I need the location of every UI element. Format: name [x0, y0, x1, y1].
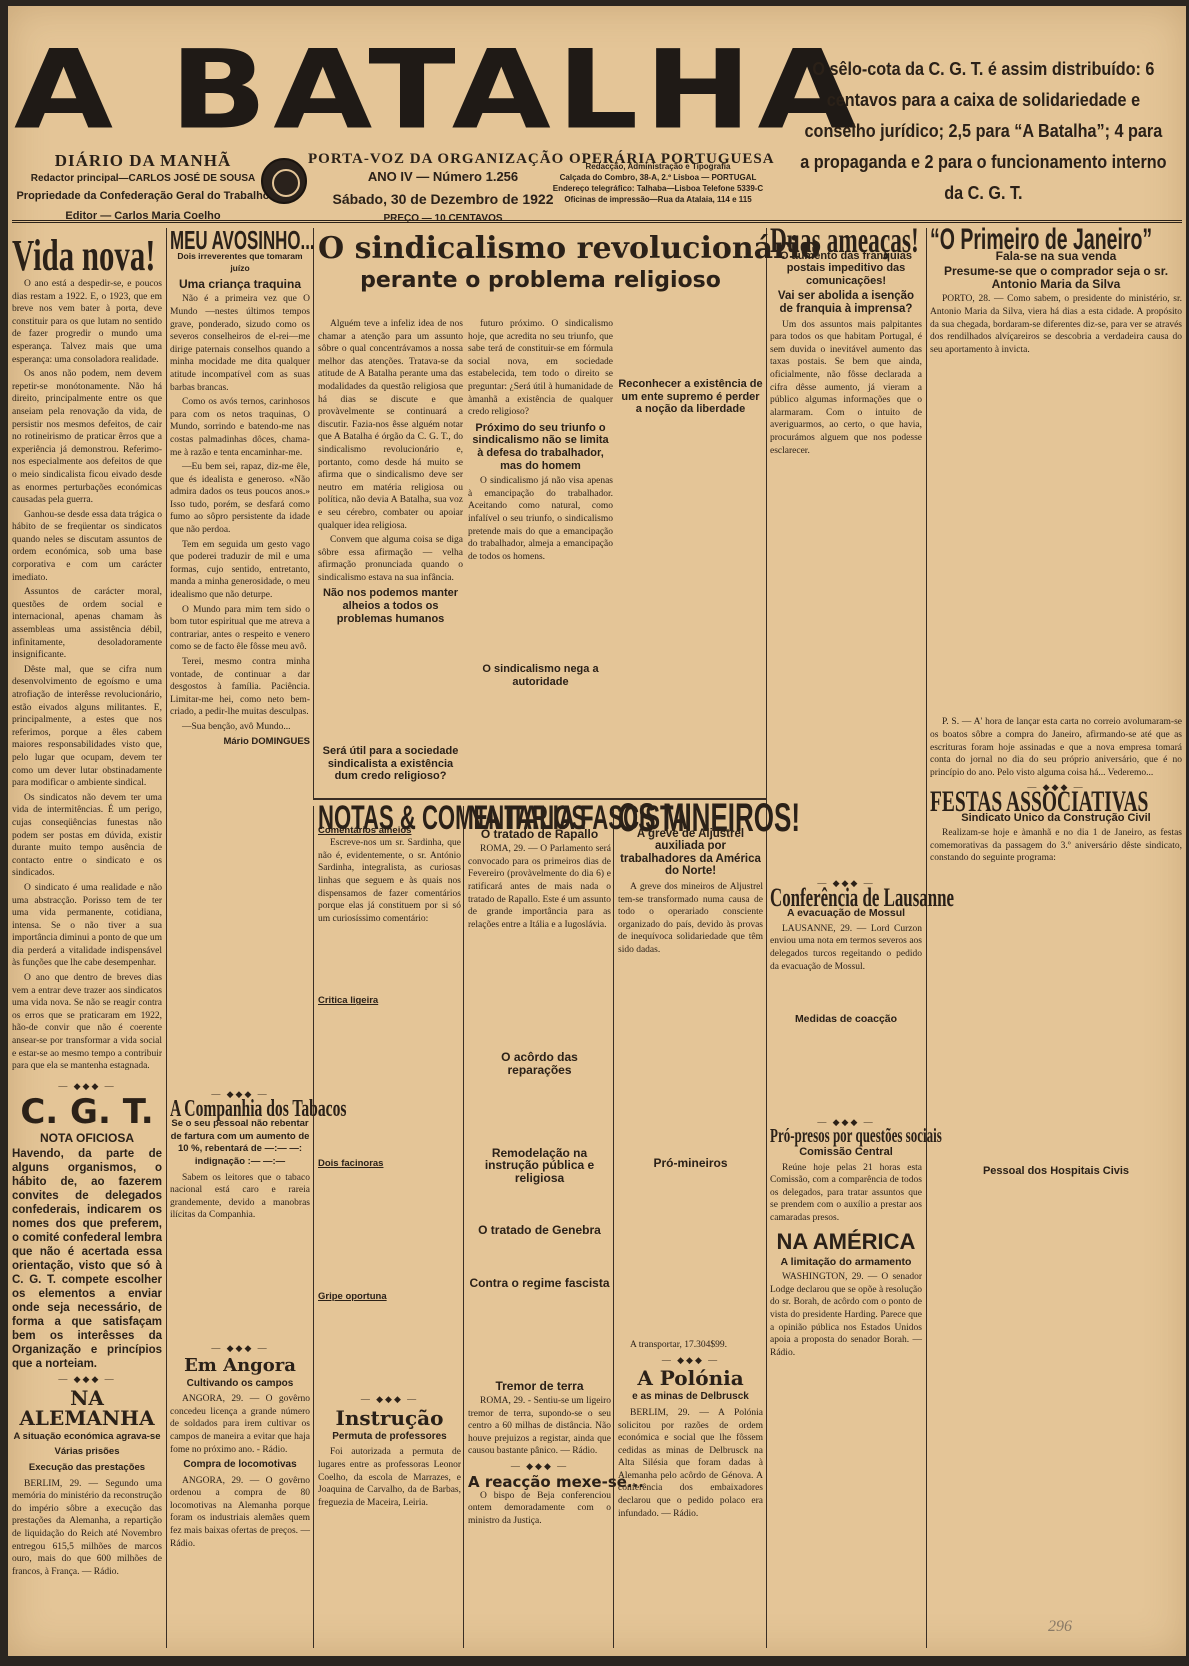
paragraph: O sindicalismo já não visa apenas à eman… [468, 475, 613, 563]
article-os-mineiros: OS MINEIROS! A greve de Aljustrel auxili… [618, 812, 763, 1522]
paragraph: —Sua benção, avô Mundo... [170, 721, 310, 734]
subheadline: Execução das prestações [12, 1462, 162, 1475]
subheadline: Cultivando os campos [170, 1378, 310, 1391]
paragraph: ROMA, 29. - Sentiu-se um ligeiro tremor … [468, 1395, 611, 1458]
ornament-divider: — ◆◆◆ — [618, 1354, 763, 1367]
paragraph: Um dos assuntos mais palpitantes para to… [770, 319, 922, 458]
headline: NA ALEMANHA [12, 1388, 162, 1428]
headline: MEU AVOSINHO... [170, 234, 313, 247]
paragraph: futuro próximo. O sindicalismo hoje, que… [468, 318, 613, 419]
newspaper-logo: A BATALHA [14, 40, 863, 142]
paragraph: Ganhou-se desde essa data trágica o hábi… [12, 509, 162, 585]
subheadline: Não nos podemos manter alheios a todos o… [318, 587, 463, 625]
subheadline: O sindicalismo nega a autoridade [468, 663, 613, 688]
ornament-divider: — ◆◆◆ — [318, 1393, 461, 1406]
subheadline: Presume-se que o comprador seja o sr. An… [930, 265, 1182, 290]
subheadline: Dois facinoras [318, 1158, 461, 1171]
subheadline: A situação económica agrava-se [12, 1431, 162, 1444]
paragraph: Alguém teve a infeliz idea de nos chamar… [318, 318, 463, 532]
headline: NOTAS & COMENTARIOS [318, 812, 461, 825]
byline: Mário DOMINGUES [170, 736, 310, 749]
subheadline: NOTA OFICIOSA [12, 1132, 162, 1145]
address-line: Calçada do Combro, 38-A, 2.º Lisboa — PO… [528, 172, 788, 183]
subheadline: perante o problema religioso [318, 270, 763, 292]
paragraph: Os anos não podem, nem devem repetir-se … [12, 368, 162, 507]
kicker: Se o seu pessoal não rebentar de fartura… [170, 1118, 310, 1168]
paragraph: Havendo, da parte de alguns organismos, … [12, 1147, 162, 1371]
headline: A reacção mexe-se... [468, 1475, 611, 1490]
column-divider [313, 228, 314, 798]
subheadline: O tratado de Genebra [468, 1224, 611, 1237]
masthead-subtitle: DIÁRIO DA MANHÃ [8, 151, 278, 171]
article-italia-fascista: NA ITALIA FASCISTA O tratado de Rapallo … [468, 812, 611, 1529]
subheadline: Reconhecer a existência de um ente supre… [618, 378, 763, 416]
column-divider [926, 228, 927, 1648]
article-meu-avosinho: MEU AVOSINHO... Dois irreverentes que to… [170, 234, 310, 748]
subheadline: O acôrdo das reparações [468, 1051, 611, 1076]
property-line: Propriedade da Confederação Geral do Tra… [8, 190, 278, 202]
ornament-divider: — ◆◆◆ — [170, 1342, 310, 1355]
paragraph: Convem que alguma coisa se diga sôbre es… [318, 534, 463, 584]
column-divider [166, 228, 167, 1648]
paragraph: Os sindicatos não devem ter uma vida de … [12, 792, 162, 880]
headline: O sindicalismo revolucionário [318, 234, 763, 264]
masthead: A BATALHA DIÁRIO DA MANHÃ Redactor princ… [8, 6, 1186, 228]
paragraph: O ano que dentro de breves dias vem a en… [12, 972, 162, 1073]
paragraph: ANGORA, 29. — O govêrno ordenou a compra… [170, 1475, 310, 1551]
paragraph: PORTO, 28. — Como sabem, o presidente do… [930, 293, 1182, 356]
article-notas-comentarios: NOTAS & COMENTARIOS Comentários alheios … [318, 812, 461, 1511]
newspaper-page: A BATALHA DIÁRIO DA MANHÃ Redactor princ… [8, 6, 1186, 1656]
paragraph: Dêste mal, que se cifra num desenvolvime… [12, 664, 162, 790]
subheadline: Tremor de terra [468, 1380, 611, 1393]
address-line: Endereço telegráfico: Talhaba—Lisboa Tel… [528, 183, 788, 194]
subheadline: Compra de locomotivas [170, 1459, 310, 1472]
paragraph: Reúne hoje pelas 21 horas esta Comissão,… [770, 1162, 922, 1225]
paragraph: —Eu bem sei, rapaz, diz-me êle, que és i… [170, 461, 310, 537]
headline: A Companhia dos Tabacos [170, 1103, 310, 1116]
subheadline: Será útil para a sociedade sindicalista … [318, 745, 463, 783]
subheadline: Critica ligeira [318, 995, 461, 1008]
subheadline: Várias prisões [12, 1446, 162, 1459]
headline: Instrução [318, 1408, 461, 1428]
article-sindicalismo-col3: Reconhecer a existência de um ente supre… [618, 318, 763, 419]
masthead-address: Redacção, Administração e Tipografia Cal… [528, 161, 788, 205]
paragraph: P. S. — A' hora de lançar esta carta no … [930, 716, 1182, 779]
paragraph: BERLIM, 29. — Segundo uma memória do min… [12, 1478, 162, 1579]
article-sindicalismo-col1: Alguém teve a infeliz idea de nos chamar… [318, 318, 463, 786]
paragraph: A transportar, 17.304$99. [618, 1339, 763, 1352]
headline: Conferência de Lausanne [770, 892, 923, 905]
subheadline: Medidas de coacção [770, 1013, 922, 1026]
archive-page-number: 296 [1048, 1618, 1072, 1636]
ornament-divider: — ◆◆◆ — [12, 1373, 162, 1386]
paragraph: Foi autorizada a permuta de lugares entr… [318, 1446, 461, 1509]
headline: Em Angora [170, 1357, 310, 1375]
headline: Duas ameaças! [770, 234, 923, 247]
paragraph: ROMA, 29. — O Parlamento será convocado … [468, 843, 611, 931]
paragraph: Realizam-se hoje e àmanhã e no dia 1 de … [930, 827, 1182, 865]
subheadline: Permuta de professores [318, 1431, 461, 1444]
ornament-divider: — ◆◆◆ — [12, 1080, 162, 1093]
paragraph: Tem em seguida um gesto vago que poderei… [170, 539, 310, 602]
paragraph: A greve dos mineiros de Aljustrel tem-se… [618, 881, 763, 957]
column-divider [463, 806, 464, 1648]
subheadline: Pessoal dos Hospitais Civis [930, 1165, 1182, 1178]
paragraph: O bispo de Beja conferenciou ontem demor… [468, 1490, 611, 1528]
paragraph: WASHINGTON, 29. — O senador Lodge declar… [770, 1271, 922, 1359]
paragraph: O Mundo para mim tem sido o bom tutor es… [170, 604, 310, 654]
subheadline: Próximo do seu triunfo o sindicalismo nã… [468, 422, 613, 472]
headline: Vida nova! [12, 234, 117, 278]
headline: A Polónia [618, 1368, 763, 1388]
redactor-line: Redactor principal—CARLOS JOSÉ DE SOUSA [8, 173, 278, 184]
subheadline: Pró-mineiros [618, 1157, 763, 1170]
paragraph: BERLIM, 29. — A Polónia solicitou por ra… [618, 1407, 763, 1520]
paragraph: Como os avós ternos, carinhosos para com… [170, 396, 310, 459]
subheadline: Gripe oportuna [318, 1291, 461, 1304]
headline: NA AMÉRICA [770, 1231, 922, 1253]
paragraph: O sindicato é uma realidade e não uma ab… [12, 882, 162, 970]
article-primeiro-de-janeiro: “O Primeiro de Janeiro” Fala-se na sua v… [930, 234, 1182, 1180]
paragraph: Não é a primeira vez que O Mundo —nestes… [170, 293, 310, 394]
paragraph: O ano está a despedir-se, e poucos dias … [12, 278, 162, 366]
subheadline: Remodelação na instrução pública e relig… [468, 1147, 611, 1185]
paragraph: ANGORA, 29. — O govêrno concedeu licença… [170, 1393, 310, 1456]
headline: C. G. T. [12, 1095, 162, 1129]
subheadline: Uma criança traquina [170, 278, 310, 291]
paragraph: Terei, mesmo contra minha vontade, de co… [170, 656, 310, 719]
article-cgt: — ◆◆◆ — C. G. T. NOTA OFICIOSA Havendo, … [12, 1078, 162, 1580]
subheadline: Contra o regime fascista [468, 1277, 611, 1290]
column-divider [766, 228, 767, 1648]
address-line: Oficinas de impressão—Rua da Atalaia, 11… [528, 194, 788, 205]
headline: OS MINEIROS! [618, 812, 764, 825]
headline: FESTAS ASSOCIATIVAS [930, 796, 1180, 809]
paragraph: Escreve-nos um sr. Sardinha, que não é, … [318, 837, 461, 925]
headline: Pró-presos por questões sociais [770, 1130, 923, 1143]
article-vida-nova: Vida nova! O ano está a despedir-se, e p… [12, 234, 162, 1075]
article-sindicalismo-header: O sindicalismo revolucionário perante o … [318, 234, 763, 292]
paragraph: LAUSANNE, 29. — Lord Curzon enviou uma n… [770, 923, 922, 973]
column-divider [313, 806, 314, 1648]
subheadline: Comissão Central [770, 1146, 922, 1159]
article-tabacos: — ◆◆◆ — A Companhia dos Tabacos Se o seu… [170, 1086, 310, 1552]
headline: NA ITALIA FASCISTA [468, 812, 611, 825]
masthead-left: DIÁRIO DA MANHÃ Redactor principal—CARLO… [8, 151, 278, 222]
headline: “O Primeiro de Janeiro” [930, 234, 1180, 247]
article-sindicalismo-col2: futuro próximo. O sindicalismo hoje, que… [468, 318, 613, 691]
ornament-divider: — ◆◆◆ — [468, 1460, 611, 1473]
paragraph: Sabem os leitores que o tabaco nacional … [170, 1172, 310, 1222]
column-divider [613, 806, 614, 1648]
cgt-seal-icon [261, 158, 307, 204]
subheadline: e as minas de Delbrusck [618, 1391, 763, 1404]
address-line: Redacção, Administração e Tipografia [528, 161, 788, 172]
paragraph: Assuntos de carácter moral, questões de … [12, 586, 162, 662]
subheadline: A limitação do armamento [770, 1256, 922, 1269]
selo-notice: O sêlo-cota da C. G. T. é assim distribu… [798, 54, 1169, 209]
article-duas-ameacas: Duas ameaças! O aumento das franquias po… [770, 234, 922, 1361]
subheadline: Vai ser abolida a isenção de franquia à … [770, 290, 922, 315]
